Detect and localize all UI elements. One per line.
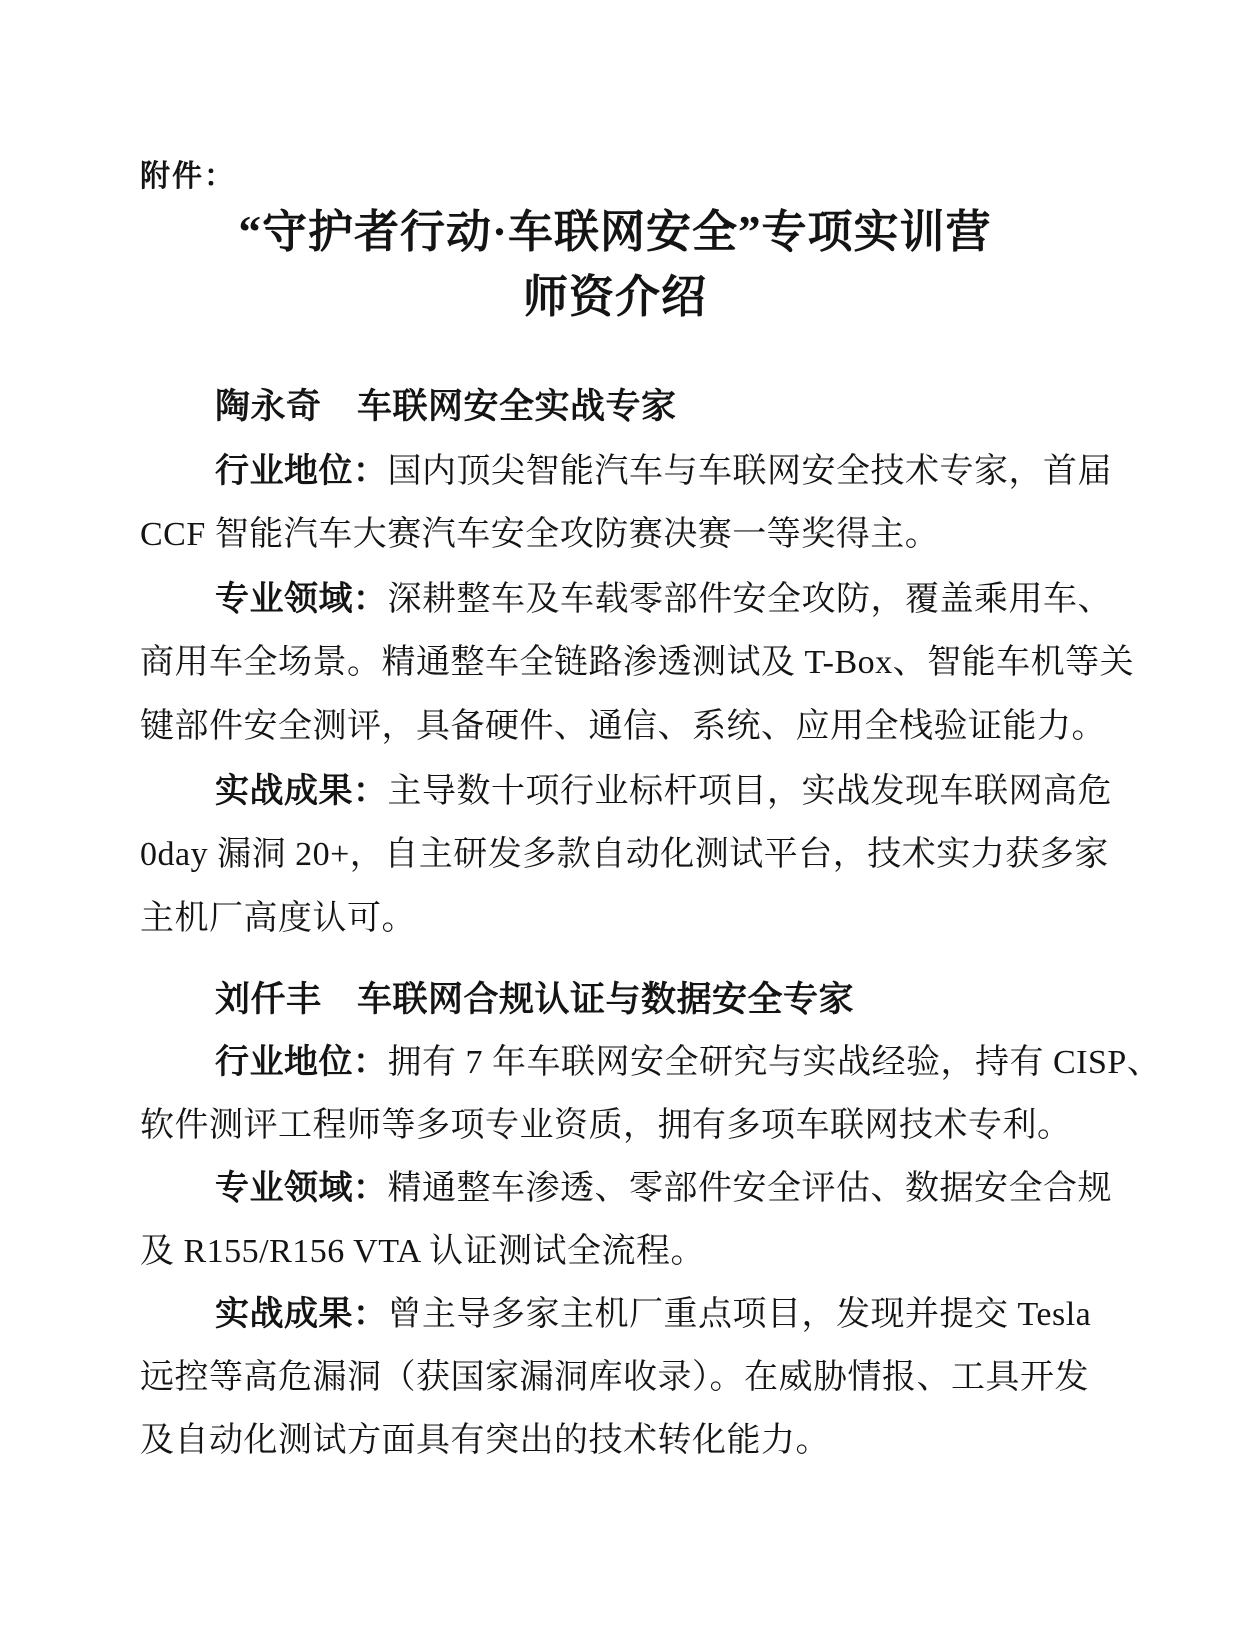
document-title-line2: 师资介绍 — [140, 265, 1090, 330]
line-text: 主机厂高度认可。 — [140, 900, 416, 937]
line-text: 刘仟丰 车联网合规认证与数据安全专家 — [215, 980, 854, 1019]
body-line: 专业领域：深耕整车及车载零部件安全攻防，覆盖乘用车、 — [140, 567, 1090, 631]
line-text: 国内顶尖智能汽车与车联网安全技术专家，首届 — [388, 453, 1113, 490]
line-text: CCF 智能汽车大赛汽车安全攻防赛决赛一等奖得主。 — [140, 516, 939, 553]
document-title-line1: “守护者行动·车联网安全”专项实训营 — [140, 200, 1090, 265]
line-text: 及 R155/R156 VTA 认证测试全流程。 — [140, 1233, 705, 1270]
attachment-label: 附件： — [140, 158, 1090, 200]
body-line: 及 R155/R156 VTA 认证测试全流程。 — [140, 1220, 1090, 1283]
line-text: 曾主导多家主机厂重点项目，发现并提交 Tesla — [388, 1296, 1092, 1333]
body-line: 远控等高危漏洞（获国家漏洞库收录）。在威胁情报、工具开发 — [140, 1346, 1090, 1409]
body-line: 行业地位：拥有 7 年车联网安全研究与实战经验，持有 CISP、 — [140, 1031, 1090, 1094]
field-label: 实战成果： — [215, 1295, 388, 1333]
body-line: 及自动化测试方面具有突出的技术转化能力。 — [140, 1409, 1090, 1472]
line-text: 远控等高危漏洞（获国家漏洞库收录）。在威胁情报、工具开发 — [140, 1359, 1089, 1396]
line-text: 及自动化测试方面具有突出的技术转化能力。 — [140, 1422, 830, 1459]
body-line: 0day 漏洞 20+，自主研发多款自动化测试平台，技术实力获多家 — [140, 823, 1090, 887]
line-text: 商用车全场景。精通整车全链路渗透测试及 T-Box、智能车机等关 — [140, 644, 1134, 681]
line-text: 深耕整车及车载零部件安全攻防，覆盖乘用车、 — [388, 581, 1113, 618]
line-text: 软件测评工程师等多项专业资质，拥有多项车联网技术专利。 — [140, 1107, 1072, 1144]
line-text: 陶永奇 车联网安全实战专家 — [215, 387, 677, 426]
document-page: 附件： “守护者行动·车联网安全”专项实训营 师资介绍 陶永奇 车联网安全实战专… — [0, 0, 1240, 1650]
line-text: 精通整车渗透、零部件安全评估、数据安全合规 — [388, 1170, 1113, 1207]
body-line: 软件测评工程师等多项专业资质，拥有多项车联网技术专利。 — [140, 1094, 1090, 1157]
body-line: CCF 智能汽车大赛汽车安全攻防赛决赛一等奖得主。 — [140, 503, 1090, 567]
body-line: 实战成果：主导数十项行业标杆项目，实战发现车联网高危 — [140, 759, 1090, 823]
document-lines: 陶永奇 车联网安全实战专家行业地位：国内顶尖智能汽车与车联网安全技术专家，首届C… — [140, 375, 1090, 1472]
line-text: 主导数十项行业标杆项目，实战发现车联网高危 — [388, 773, 1113, 810]
section-heading: 陶永奇 车联网安全实战专家 — [140, 375, 1090, 439]
line-text: 0day 漏洞 20+，自主研发多款自动化测试平台，技术实力获多家 — [140, 836, 1109, 873]
body-line: 商用车全场景。精通整车全链路渗透测试及 T-Box、智能车机等关 — [140, 631, 1090, 695]
line-text: 拥有 7 年车联网安全研究与实战经验，持有 CISP、 — [388, 1044, 1162, 1081]
field-label: 行业地位： — [215, 1043, 388, 1081]
body-line: 主机厂高度认可。 — [140, 887, 1090, 951]
field-label: 专业领域： — [215, 580, 388, 618]
field-label: 专业领域： — [215, 1169, 388, 1207]
body-line: 键部件安全测评，具备硬件、通信、系统、应用全栈验证能力。 — [140, 695, 1090, 759]
field-label: 实战成果： — [215, 772, 388, 810]
body-line: 行业地位：国内顶尖智能汽车与车联网安全技术专家，首届 — [140, 439, 1090, 503]
field-label: 行业地位： — [215, 452, 388, 490]
body-line: 专业领域：精通整车渗透、零部件安全评估、数据安全合规 — [140, 1157, 1090, 1220]
line-text: 键部件安全测评，具备硬件、通信、系统、应用全栈验证能力。 — [140, 708, 1106, 745]
section-heading: 刘仟丰 车联网合规认证与数据安全专家 — [140, 968, 1090, 1031]
body-line: 实战成果：曾主导多家主机厂重点项目，发现并提交 Tesla — [140, 1283, 1090, 1346]
